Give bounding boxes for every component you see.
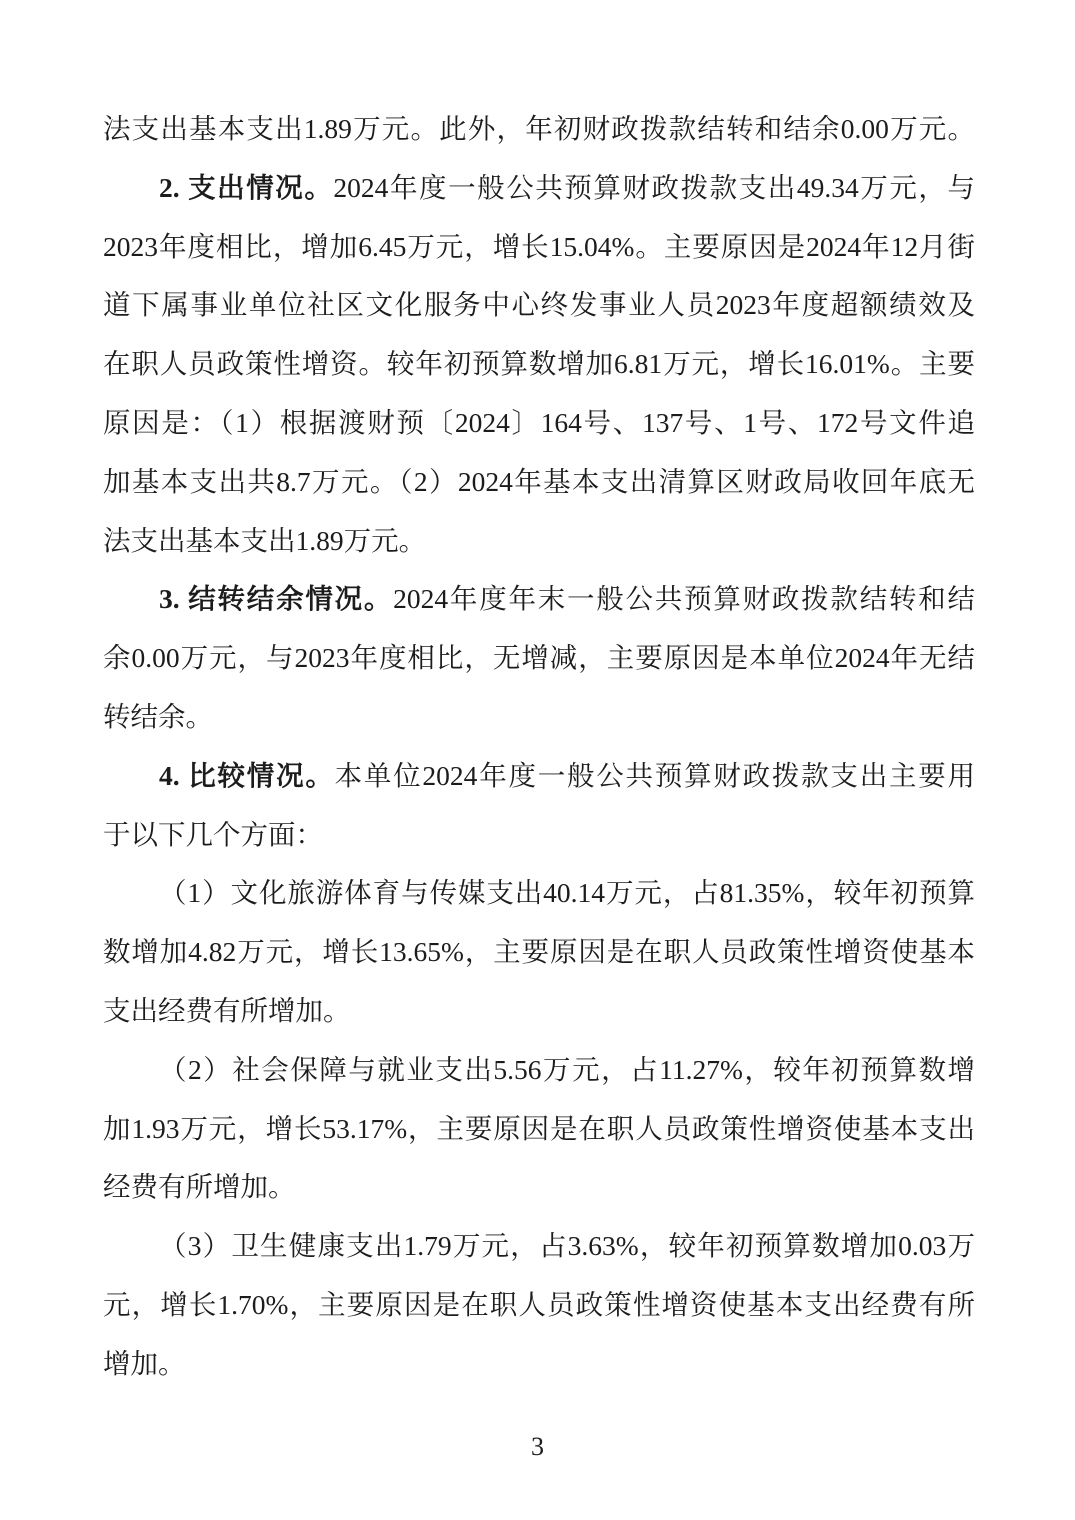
- section-heading: 2. 支出情况。: [159, 172, 333, 203]
- text-line: （2）社会保障与就业支出5.56万元，占11.27%，较年初预算数增: [103, 1041, 975, 1100]
- text-line: 加基本支出共8.7万元。（2）2024年基本支出清算区财政局收回年底无: [103, 453, 975, 512]
- para-item-1-culture-tourism: （1）文化旅游体育与传媒支出40.14万元，占81.35%，较年初预算数增加4.…: [103, 864, 975, 1040]
- text-line: 元，增长1.70%，主要原因是在职人员政策性增资使基本支出经费有所: [103, 1276, 975, 1335]
- line-text: 在职人员政策性增资。较年初预算数增加6.81万元，增长16.01%。主要: [103, 348, 975, 379]
- section-heading: 4. 比较情况。: [159, 760, 335, 791]
- para-4-comparison: 4. 比较情况。本单位2024年度一般公共预算财政拨款支出主要用于以下几个方面：: [103, 747, 975, 865]
- document-body: 法支出基本支出1.89万元。此外，年初财政拨款结转和结余0.00万元。2. 支出…: [103, 100, 975, 1394]
- text-line: 在职人员政策性增资。较年初预算数增加6.81万元，增长16.01%。主要: [103, 335, 975, 394]
- para-2-expenditure: 2. 支出情况。2024年度一般公共预算财政拨款支出49.34万元，与2023年…: [103, 159, 975, 571]
- line-text: 2024年度一般公共预算财政拨款支出49.34万元，与: [333, 172, 975, 203]
- line-text: 元，增长1.70%，主要原因是在职人员政策性增资使基本支出经费有所: [103, 1289, 975, 1320]
- page-number: 3: [0, 1428, 1075, 1466]
- text-line: 于以下几个方面：: [103, 806, 975, 865]
- text-line: 3. 结转结余情况。2024年度年末一般公共预算财政拨款结转和结: [103, 570, 975, 629]
- line-text: 数增加4.82万元，增长13.65%，主要原因是在职人员政策性增资使基本: [103, 936, 975, 967]
- text-line: 余0.00万元，与2023年度相比，无增减，主要原因是本单位2024年无结: [103, 629, 975, 688]
- text-line: 转结余。: [103, 688, 975, 747]
- line-text: 本单位2024年度一般公共预算财政拨款支出主要用: [335, 760, 975, 791]
- line-text: 道下属事业单位社区文化服务中心终发事业人员2023年度超额绩效及: [103, 289, 975, 320]
- line-text: 于以下几个方面：: [103, 819, 323, 850]
- text-line: 2023年度相比，增加6.45万元，增长15.04%。主要原因是2024年12月…: [103, 218, 975, 277]
- line-text: 法支出基本支出1.89万元。此外，年初财政拨款结转和结余0.00万元。: [103, 113, 975, 144]
- line-text: 转结余。: [103, 701, 213, 732]
- line-text: 余0.00万元，与2023年度相比，无增减，主要原因是本单位2024年无结: [103, 642, 975, 673]
- text-line: 法支出基本支出1.89万元。此外，年初财政拨款结转和结余0.00万元。: [103, 100, 975, 159]
- line-text: 2023年度相比，增加6.45万元，增长15.04%。主要原因是2024年12月…: [103, 231, 975, 262]
- text-line: 2. 支出情况。2024年度一般公共预算财政拨款支出49.34万元，与: [103, 159, 975, 218]
- line-text: 经费有所增加。: [103, 1171, 296, 1202]
- text-line: （1）文化旅游体育与传媒支出40.14万元，占81.35%，较年初预算: [103, 864, 975, 923]
- line-text: 法支出基本支出1.89万元。: [103, 525, 426, 556]
- text-line: 4. 比较情况。本单位2024年度一般公共预算财政拨款支出主要用: [103, 747, 975, 806]
- line-text: 支出经费有所增加。: [103, 995, 351, 1026]
- para-item-2-social-security: （2）社会保障与就业支出5.56万元，占11.27%，较年初预算数增加1.93万…: [103, 1041, 975, 1217]
- line-text: 加基本支出共8.7万元。（2）2024年基本支出清算区财政局收回年底无: [103, 466, 975, 497]
- text-line: 数增加4.82万元，增长13.65%，主要原因是在职人员政策性增资使基本: [103, 923, 975, 982]
- text-line: 增加。: [103, 1335, 975, 1394]
- document-page: 法支出基本支出1.89万元。此外，年初财政拨款结转和结余0.00万元。2. 支出…: [0, 0, 1075, 1520]
- text-line: 支出经费有所增加。: [103, 982, 975, 1041]
- line-text: （3）卫生健康支出1.79万元，占3.63%，较年初预算数增加0.03万: [159, 1230, 975, 1261]
- line-text: 原因是：（1）根据渡财预〔2024〕164号、137号、1号、172号文件追: [103, 407, 975, 438]
- text-line: 经费有所增加。: [103, 1158, 975, 1217]
- text-line: 原因是：（1）根据渡财预〔2024〕164号、137号、1号、172号文件追: [103, 394, 975, 453]
- text-line: 法支出基本支出1.89万元。: [103, 512, 975, 571]
- line-text: 增加。: [103, 1348, 186, 1379]
- text-line: 道下属事业单位社区文化服务中心终发事业人员2023年度超额绩效及: [103, 276, 975, 335]
- line-text: 2024年度年末一般公共预算财政拨款结转和结: [393, 583, 975, 614]
- line-text: 加1.93万元，增长53.17%，主要原因是在职人员政策性增资使基本支出: [103, 1113, 975, 1144]
- text-line: （3）卫生健康支出1.79万元，占3.63%，较年初预算数增加0.03万: [103, 1217, 975, 1276]
- para-carryover-intro: 法支出基本支出1.89万元。此外，年初财政拨款结转和结余0.00万元。: [103, 100, 975, 159]
- para-3-carryover-balance: 3. 结转结余情况。2024年度年末一般公共预算财政拨款结转和结余0.00万元，…: [103, 570, 975, 746]
- line-text: （2）社会保障与就业支出5.56万元，占11.27%，较年初预算数增: [159, 1054, 975, 1085]
- section-heading: 3. 结转结余情况。: [159, 583, 393, 614]
- para-item-3-health: （3）卫生健康支出1.79万元，占3.63%，较年初预算数增加0.03万元，增长…: [103, 1217, 975, 1393]
- text-line: 加1.93万元，增长53.17%，主要原因是在职人员政策性增资使基本支出: [103, 1100, 975, 1159]
- line-text: （1）文化旅游体育与传媒支出40.14万元，占81.35%，较年初预算: [159, 877, 975, 908]
